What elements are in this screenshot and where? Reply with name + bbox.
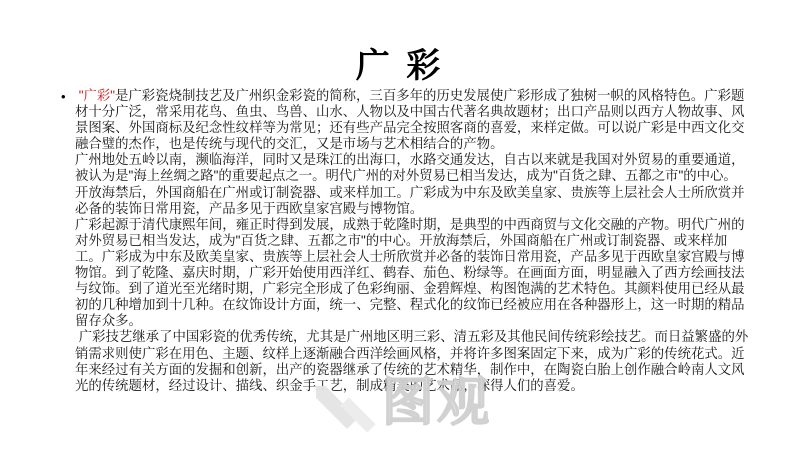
paragraph-4: 广彩技艺继承了中国彩瓷的优秀传统，尤其是广州地区明三彩、清五彩及其他民间传统彩绘… bbox=[75, 329, 749, 393]
paragraph-1: "广彩"是广彩瓷烧制技艺及广州织金彩瓷的简称，三百多年的历史发展使广彩形成了独树… bbox=[75, 88, 749, 152]
watermark-ribbon-icon bbox=[316, 386, 380, 450]
paragraph-1-text: 是广彩瓷烧制技艺及广州织金彩瓷的简称，三百多年的历史发展使广彩形成了独树一帜的风… bbox=[75, 88, 745, 151]
bullet-marker: • bbox=[61, 89, 66, 105]
paragraph-3: 广彩起源于清代康熙年间，雍正时得到发展，成熟于乾隆时期，是典型的中西商贸与文化交… bbox=[75, 217, 749, 330]
highlighted-term: "广彩" bbox=[75, 88, 115, 103]
page-title: 广 彩 bbox=[0, 38, 800, 87]
paragraph-2: 广州地处五岭以南，濒临海洋，同时又是珠江的出海口，水路交通发达，自古以来就是我国… bbox=[75, 152, 749, 216]
article-body: • "广彩"是广彩瓷烧制技艺及广州织金彩瓷的简称，三百多年的历史发展使广彩形成了… bbox=[61, 88, 749, 394]
